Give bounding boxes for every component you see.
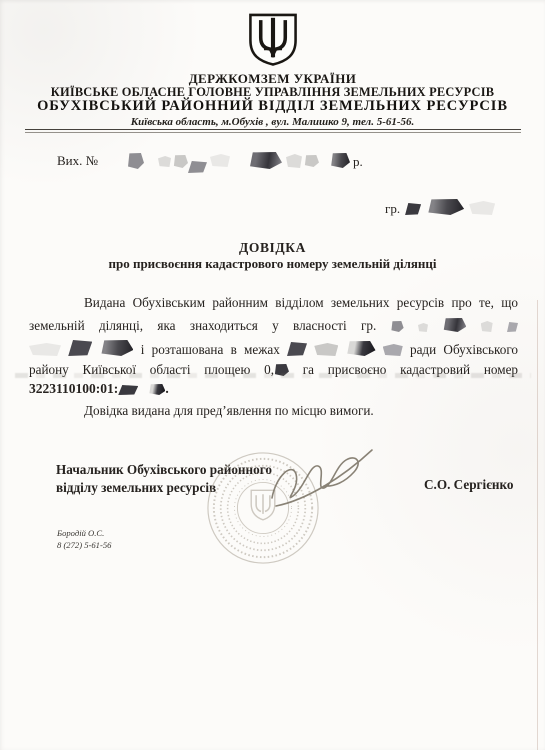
closing-statement: Довідка видана для пред’явлення по місцю… — [29, 403, 518, 419]
executor-info: Бородій О.С. 8 (272) 5-61-56 — [57, 527, 111, 551]
redaction-blob — [287, 342, 307, 356]
executor-phone: 8 (272) 5-61-56 — [57, 539, 111, 551]
redaction-blob — [118, 385, 138, 395]
redaction-blob — [173, 155, 188, 168]
addressee-label: гр. — [385, 201, 400, 216]
redaction-blob — [188, 161, 207, 173]
addressee-line: гр. — [385, 199, 520, 219]
redaction-blob — [158, 156, 171, 167]
redaction-blob — [330, 153, 350, 168]
body-line-2: земельній ділянці, яка знаходиться у вла… — [29, 317, 518, 334]
outgoing-ref-line: Вих. № р. — [57, 151, 369, 175]
cadastral-number-line: 3223110100:01: . — [29, 380, 518, 397]
redaction-blob — [481, 321, 493, 332]
redaction-blob — [29, 343, 61, 356]
redaction-blob — [391, 321, 404, 332]
ref-year-suffix: р. — [353, 154, 363, 170]
redaction-blob — [426, 199, 464, 215]
redaction-blob — [248, 152, 282, 169]
redaction-blob — [304, 155, 319, 167]
redaction-blob — [68, 340, 92, 356]
redaction-blob — [148, 384, 165, 395]
redaction-blob — [442, 318, 466, 332]
body-line-3: і розташована в межах ради Обухівського — [29, 340, 518, 358]
body-line-1: Видана Обухівським районним відділом зем… — [29, 294, 518, 311]
redaction-blob — [99, 340, 133, 356]
redaction-blob — [127, 153, 144, 169]
cadastral-number: 3223110100:01: — [29, 381, 118, 396]
signer-name: С.О. Сергієнко — [424, 477, 514, 493]
executor-name: Бородій О.С. — [57, 527, 111, 539]
ref-label: Вих. № — [57, 153, 98, 169]
redaction-blob — [210, 154, 230, 167]
office-address: Київська область, м.Обухів , вул. Малишк… — [0, 116, 545, 128]
redaction-blob — [383, 344, 403, 356]
document-title: ДОВІДКА — [0, 240, 545, 256]
redaction-blob — [286, 154, 302, 168]
scanned-certificate-page: ДЕРЖКОМЗЕМ УКРАЇНИ КИЇВСЬКЕ ОБЛАСНЕ ГОЛО… — [0, 0, 545, 750]
redaction-blob — [314, 343, 338, 356]
redaction-blob — [405, 203, 421, 215]
scan-edge-artifact — [537, 300, 538, 750]
letterhead-divider — [25, 129, 521, 133]
redaction-blob — [469, 201, 495, 215]
redaction-blob — [418, 323, 428, 332]
district-office-name: ОБУХІВСЬКИЙ РАЙОННИЙ ВІДДІЛ ЗЕМЕЛЬНИХ РЕ… — [0, 98, 545, 115]
redaction-blob — [346, 341, 376, 356]
tryzub-emblem-icon — [245, 13, 301, 66]
redaction-blob — [507, 322, 518, 332]
handwritten-signature — [266, 446, 378, 518]
document-subtitle: про присвоєння кадастрового номеру земел… — [0, 256, 545, 272]
reverse-side-bleedthrough — [15, 373, 531, 378]
